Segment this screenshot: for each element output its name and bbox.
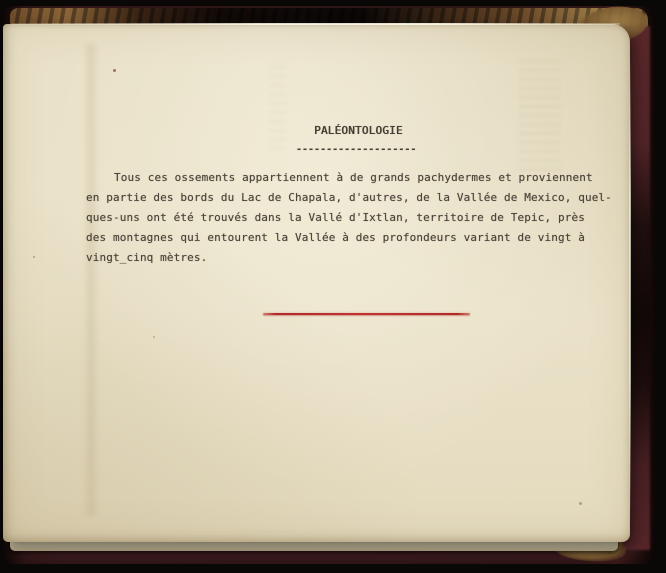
ghost-text-smudge	[519, 60, 561, 172]
paragraph-line: Tous ces ossements appartiennent à de gr…	[86, 168, 626, 188]
paragraph-line: des montagnes qui entourent la Vallée à …	[86, 228, 626, 248]
paragraph-line: ques-uns ont été trouvés dans la Vallé d…	[86, 208, 626, 228]
section-title: PALÉONTOLOGIE	[314, 124, 403, 138]
foxing-speck	[113, 69, 116, 72]
paragraph-line: en partie des bords du Lac de Chapala, d…	[86, 188, 626, 208]
body-paragraph: Tous ces ossements appartiennent à de gr…	[86, 168, 626, 268]
page-crease	[83, 44, 99, 516]
red-ink-divider-line	[263, 313, 470, 315]
foxing-speck	[33, 256, 35, 258]
ghost-text-smudge	[269, 66, 287, 150]
title-underline-dashes: --------------------	[296, 143, 416, 156]
document-page: PALÉONTOLOGIE -------------------- Tous …	[3, 24, 630, 542]
scanned-document-photo: PALÉONTOLOGIE -------------------- Tous …	[0, 0, 666, 573]
paragraph-line: vingt_cinq mètres.	[86, 248, 626, 268]
foxing-speck	[153, 336, 155, 338]
foxing-speck	[579, 502, 582, 505]
